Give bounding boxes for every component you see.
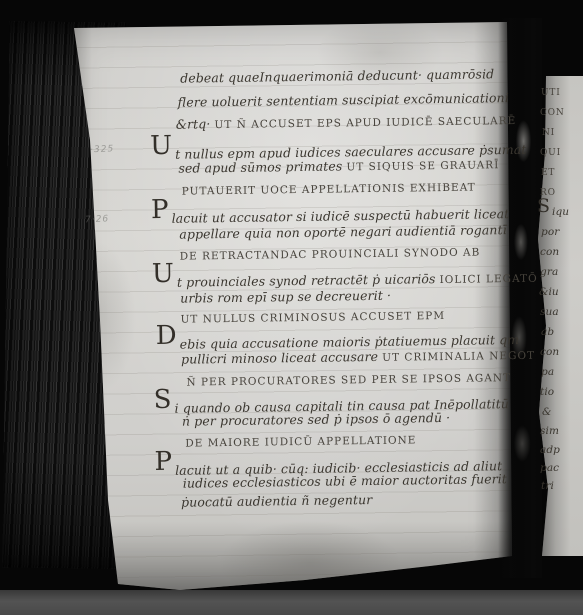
photo-backdrop: debeat quaeInquaerimoniā deducunt· quamr… xyxy=(0,0,583,615)
manuscript-page xyxy=(60,18,515,590)
page-ruling-lines xyxy=(60,18,515,590)
page-gutter-shadow xyxy=(498,18,542,578)
bottom-tray-strip xyxy=(0,590,583,615)
